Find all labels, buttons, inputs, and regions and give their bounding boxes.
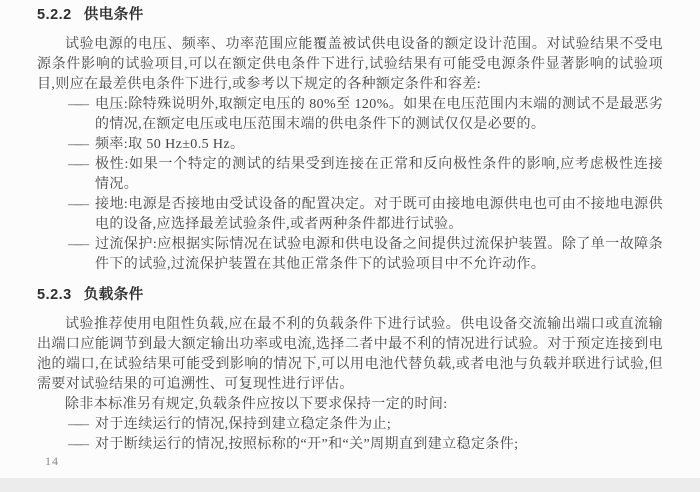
paragraph: 试验推荐使用电阻性负载,应在最不利的负载条件下进行试验。供电设备交流输出端口或直…	[37, 315, 663, 395]
list-item-text: 接地:电源是否接地由受试设备的配置决定。对于既可由接地电源供电也可由不接地电源供…	[95, 197, 663, 232]
page-number: 14	[45, 453, 59, 469]
dash-marker: ——	[68, 95, 82, 115]
dash-list: —— 电压:除特殊说明外,取额定电压的 80%至 120%。如果在电压范围内末端…	[37, 95, 663, 275]
dash-marker: ——	[68, 235, 82, 255]
section-heading: 5.2.2供电条件	[37, 5, 663, 25]
dash-marker: ——	[68, 155, 82, 175]
paragraph: 试验电源的电压、频率、功率范围应能覆盖被试供电设备的额定设计范围。对试验结果不受…	[37, 35, 663, 95]
section-title: 供电条件	[84, 7, 144, 23]
section-title: 负载条件	[84, 287, 144, 303]
document-page: 5.2.2供电条件 试验电源的电压、频率、功率范围应能覆盖被试供电设备的额定设计…	[0, 0, 700, 492]
list-item-grounding: —— 接地:电源是否接地由受试设备的配置决定。对于既可由接地电源供电也可由不接地…	[37, 195, 663, 235]
paragraph: 除非本标准另有规定,负载条件应按以下要求保持一定的时间:	[37, 395, 663, 415]
dash-marker: ——	[68, 135, 82, 155]
list-item-continuous-operation: —— 对于连续运行的情况,保持到建立稳定条件为止;	[37, 415, 663, 435]
list-item-text: 极性:如果一个特定的测试的结果受到连接在正常和反向极性条件的影响,应考虑极性连接…	[95, 157, 663, 192]
section-heading: 5.2.3负载条件	[37, 285, 663, 305]
list-item-polarity: —— 极性:如果一个特定的测试的结果受到连接在正常和反向极性条件的影响,应考虑极…	[37, 155, 663, 195]
dash-list: —— 对于连续运行的情况,保持到建立稳定条件为止; —— 对于断续运行的情况,按…	[37, 415, 663, 455]
dash-marker: ——	[68, 435, 82, 455]
list-item-overcurrent-protection: —— 过流保护:应根据实际情况在试验电源和供电设备之间提供过流保护装置。除了单一…	[37, 235, 663, 275]
scan-edge-shadow	[0, 478, 700, 492]
list-item-voltage: —— 电压:除特殊说明外,取额定电压的 80%至 120%。如果在电压范围内末端…	[37, 95, 663, 135]
dash-marker: ——	[68, 415, 82, 435]
list-item-text: 对于断续运行的情况,按照标称的“开”和“关”周期直到建立稳定条件;	[95, 437, 518, 452]
list-item-text: 对于连续运行的情况,保持到建立稳定条件为止;	[95, 417, 391, 432]
section-power-supply-conditions: 5.2.2供电条件 试验电源的电压、频率、功率范围应能覆盖被试供电设备的额定设计…	[37, 5, 663, 275]
list-item-intermittent-operation: —— 对于断续运行的情况,按照标称的“开”和“关”周期直到建立稳定条件;	[37, 435, 663, 455]
list-item-text: 电压:除特殊说明外,取额定电压的 80%至 120%。如果在电压范围内末端的测试…	[95, 97, 663, 132]
list-item-text: 过流保护:应根据实际情况在试验电源和供电设备之间提供过流保护装置。除了单一故障条…	[95, 237, 663, 272]
section-load-conditions: 5.2.3负载条件 试验推荐使用电阻性负载,应在最不利的负载条件下进行试验。供电…	[37, 285, 663, 455]
section-number: 5.2.3	[37, 287, 72, 303]
list-item-text: 频率:取 50 Hz±0.5 Hz。	[95, 137, 244, 152]
dash-marker: ——	[68, 195, 82, 215]
section-number: 5.2.2	[37, 7, 72, 23]
list-item-frequency: —— 频率:取 50 Hz±0.5 Hz。	[37, 135, 663, 155]
